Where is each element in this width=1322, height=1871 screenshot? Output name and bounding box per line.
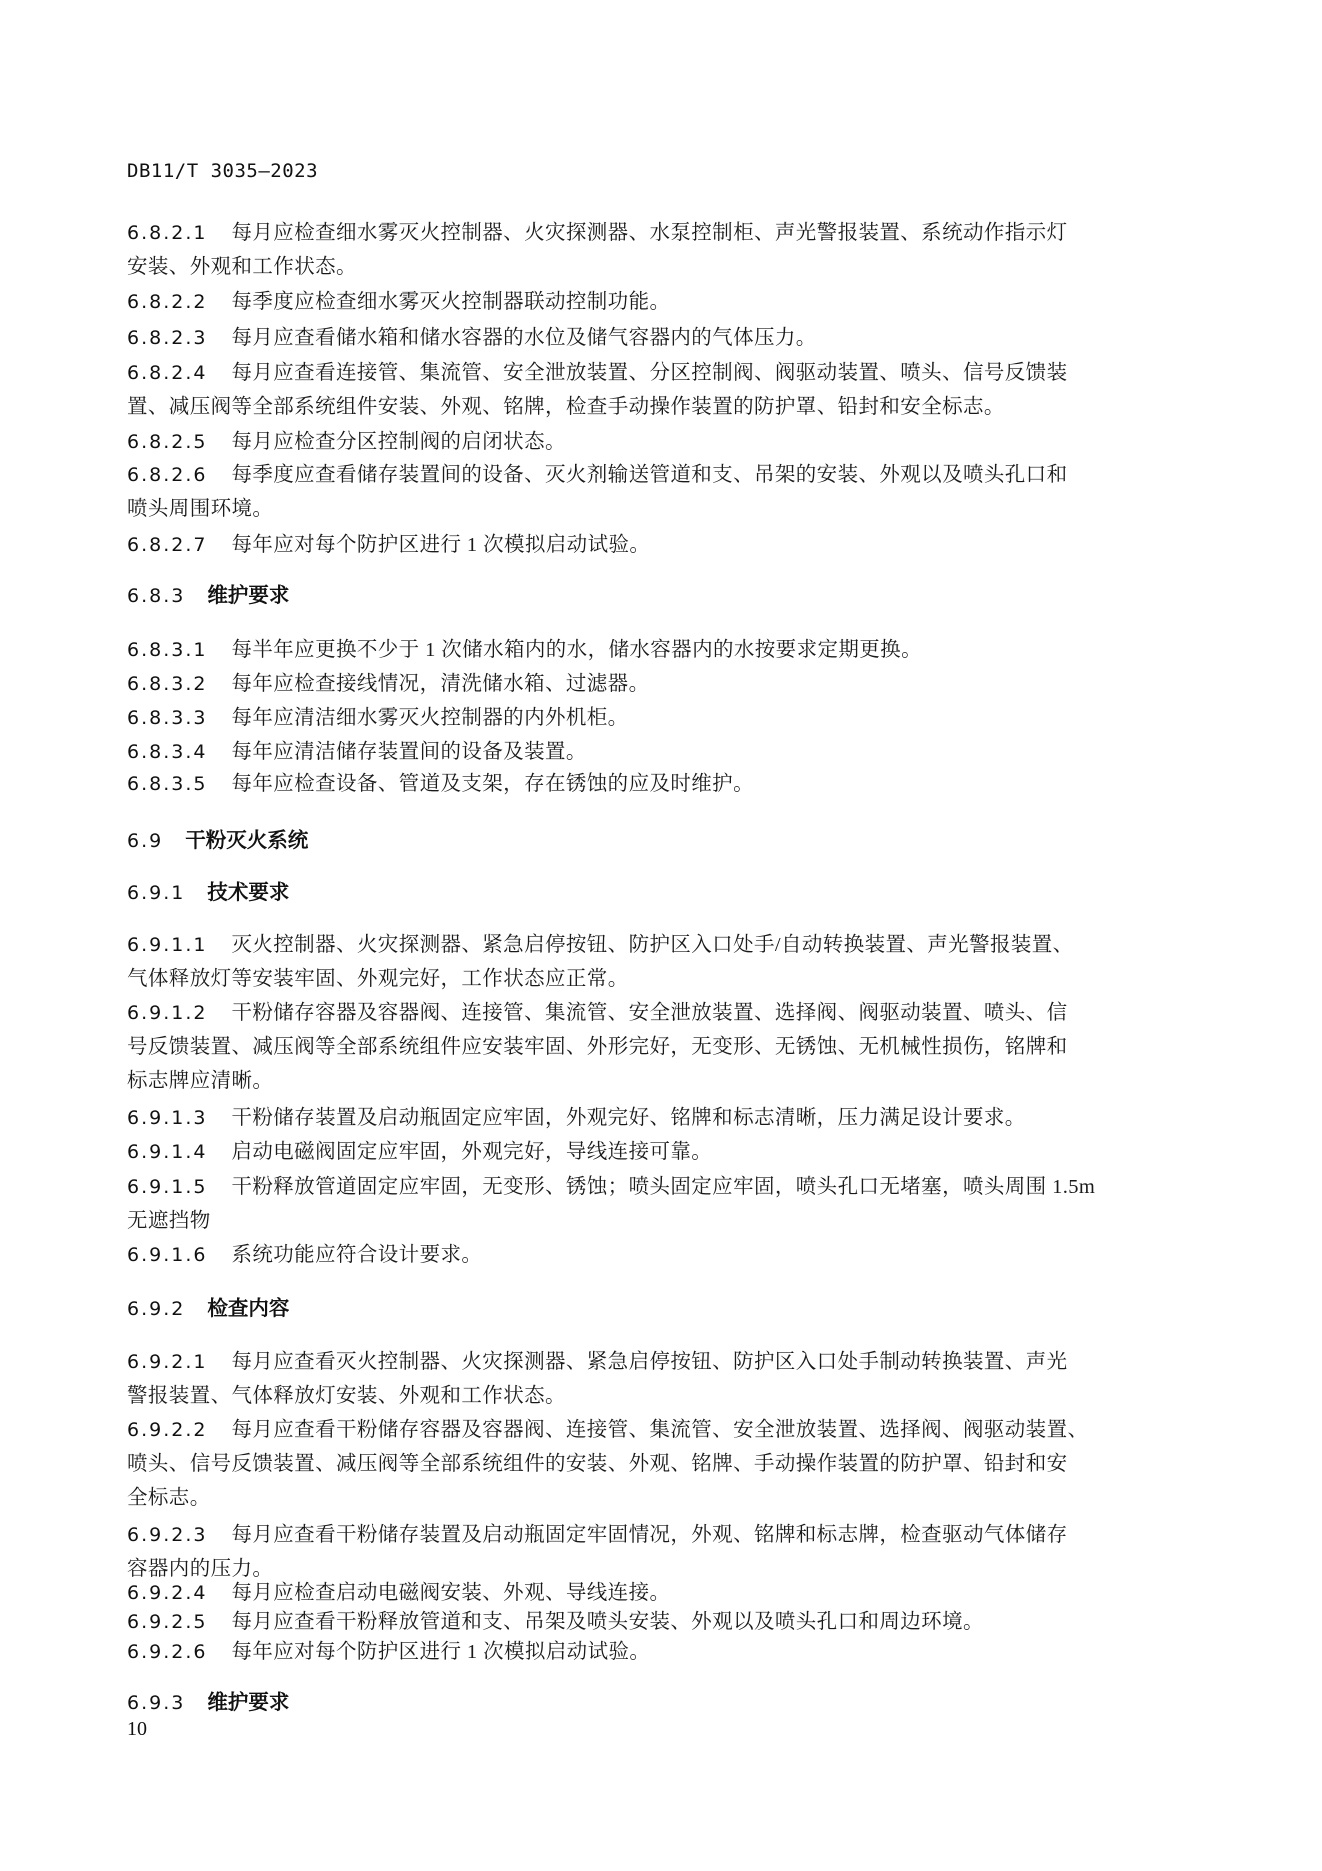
clause-text: 气体释放灯等安装牢固、外观完好，工作状态应正常。 [127, 968, 629, 990]
clause: 6.8.2.5每月应检查分区控制阀的启闭状态。 [127, 425, 1167, 459]
heading-line: 6.9.3维护要求 [127, 1685, 1167, 1719]
clause-line: 6.8.3.3每年应清洁细水雾灭火控制器的内外机柜。 [127, 701, 1167, 735]
clause-number: 6.9.2.3 [127, 1518, 207, 1552]
clause-line: 置、减压阀等全部系统组件安装、外观、铭牌，检查手动操作装置的防护罩、铅封和安全标… [127, 390, 1167, 424]
document-page: DB11/T 3035—2023 6.8.2.1每月应检查细水雾灭火控制器、火灾… [0, 0, 1322, 1871]
clause-line: 6.8.2.2每季度应检查细水雾灭火控制器联动控制功能。 [127, 285, 1167, 319]
section-heading: 6.9.2检查内容 [127, 1291, 1167, 1325]
clause-number: 6.9.1.6 [127, 1238, 207, 1272]
clause-number: 6.8.2.7 [127, 528, 207, 562]
clause-text: 干粉储存容器及容器阀、连接管、集流管、安全泄放装置、选择阀、阀驱动装置、喷头、信 [231, 1002, 1067, 1024]
clause-text: 每半年应更换不少于 1 次储水箱内的水，储水容器内的水按要求定期更换。 [231, 639, 922, 661]
heading-line: 6.9干粉灭火系统 [127, 823, 1167, 857]
clause-line: 6.8.2.5每月应检查分区控制阀的启闭状态。 [127, 425, 1167, 459]
clause: 6.8.3.5每年应检查设备、管道及支架，存在锈蚀的应及时维护。 [127, 767, 1167, 801]
clause: 6.8.2.3每月应查看储水箱和储水容器的水位及储气容器内的气体压力。 [127, 321, 1167, 355]
clause: 6.9.1.1灭火控制器、火灾探测器、紧急启停按钮、防护区入口处手/自动转换装置… [127, 928, 1167, 996]
document-code-header: DB11/T 3035—2023 [127, 160, 318, 182]
clause-line: 无遮挡物 [127, 1204, 1167, 1238]
clause-line: 6.8.2.7每年应对每个防护区进行 1 次模拟启动试验。 [127, 528, 1167, 562]
clause-line: 6.9.1.1灭火控制器、火灾探测器、紧急启停按钮、防护区入口处手/自动转换装置… [127, 928, 1167, 962]
clause-number: 6.9.1.5 [127, 1170, 207, 1204]
clause: 6.9.2.6每年应对每个防护区进行 1 次模拟启动试验。 [127, 1635, 1167, 1669]
clause: 6.9.1.2干粉储存容器及容器阀、连接管、集流管、安全泄放装置、选择阀、阀驱动… [127, 996, 1167, 1098]
clause-line: 6.8.3.2每年应检查接线情况，清洗储水箱、过滤器。 [127, 667, 1167, 701]
clause: 6.8.3.2每年应检查接线情况，清洗储水箱、过滤器。 [127, 667, 1167, 701]
clause-number: 6.8.2.4 [127, 356, 207, 390]
clause-number: 6.8.3.3 [127, 701, 207, 735]
clause: 6.8.2.2每季度应检查细水雾灭火控制器联动控制功能。 [127, 285, 1167, 319]
heading-line: 6.9.1技术要求 [127, 875, 1167, 909]
clause-number: 6.9.2.1 [127, 1345, 207, 1379]
clause: 6.9.2.5每月应查看干粉释放管道和支、吊架及喷头安装、外观以及喷头孔口和周边… [127, 1605, 1167, 1639]
clause-line: 6.9.2.5每月应查看干粉释放管道和支、吊架及喷头安装、外观以及喷头孔口和周边… [127, 1605, 1167, 1639]
heading-number: 6.9.1 [127, 876, 185, 910]
clause-text: 每月应检查分区控制阀的启闭状态。 [231, 431, 565, 453]
page-number: 10 [127, 1718, 147, 1741]
clause-text: 启动电磁阀固定应牢固，外观完好，导线连接可靠。 [231, 1141, 712, 1163]
clause-text: 标志牌应清晰。 [127, 1070, 273, 1092]
clause-line: 6.8.2.6每季度应查看储存装置间的设备、灭火剂输送管道和支、吊架的安装、外观… [127, 458, 1167, 492]
clause-number: 6.9.1.1 [127, 928, 207, 962]
clause-number: 6.8.3.4 [127, 735, 207, 769]
clause-text: 安装、外观和工作状态。 [127, 256, 357, 278]
clause-number: 6.8.3.5 [127, 767, 207, 801]
clause-text: 全标志。 [127, 1487, 211, 1509]
heading-number: 6.9 [127, 824, 163, 858]
heading-title: 干粉灭火系统 [185, 828, 308, 852]
clause-text: 每月应查看干粉储存容器及容器阀、连接管、集流管、安全泄放装置、选择阀、阀驱动装置… [231, 1419, 1088, 1441]
section-heading: 6.8.3维护要求 [127, 578, 1167, 612]
clause-number: 6.8.2.5 [127, 425, 207, 459]
clause-line: 6.9.1.3干粉储存装置及启动瓶固定应牢固，外观完好、铭牌和标志清晰，压力满足… [127, 1101, 1167, 1135]
heading-number: 6.9.2 [127, 1292, 185, 1326]
section-heading: 6.9干粉灭火系统 [127, 823, 1167, 857]
clause-line: 6.9.2.6每年应对每个防护区进行 1 次模拟启动试验。 [127, 1635, 1167, 1669]
clause-line: 安装、外观和工作状态。 [127, 250, 1167, 284]
clause-line: 6.8.3.4每年应清洁储存装置间的设备及装置。 [127, 735, 1167, 769]
clause-text: 干粉储存装置及启动瓶固定应牢固，外观完好、铭牌和标志清晰，压力满足设计要求。 [231, 1107, 1025, 1129]
clause-number: 6.9.1.2 [127, 996, 207, 1030]
clause: 6.8.3.3每年应清洁细水雾灭火控制器的内外机柜。 [127, 701, 1167, 735]
clause-text: 每年应对每个防护区进行 1 次模拟启动试验。 [231, 534, 650, 556]
clause-text: 每月应检查细水雾灭火控制器、火灾探测器、水泵控制柜、声光警报装置、系统动作指示灯 [231, 222, 1067, 244]
clause-number: 6.8.2.1 [127, 216, 207, 250]
clause-line: 6.8.2.1每月应检查细水雾灭火控制器、火灾探测器、水泵控制柜、声光警报装置、… [127, 216, 1167, 250]
clause: 6.8.2.4每月应查看连接管、集流管、安全泄放装置、分区控制阀、阀驱动装置、喷… [127, 356, 1167, 424]
clause-line: 气体释放灯等安装牢固、外观完好，工作状态应正常。 [127, 962, 1167, 996]
clause-line: 6.8.2.4每月应查看连接管、集流管、安全泄放装置、分区控制阀、阀驱动装置、喷… [127, 356, 1167, 390]
clause: 6.8.3.4每年应清洁储存装置间的设备及装置。 [127, 735, 1167, 769]
clause-text: 每月应查看干粉释放管道和支、吊架及喷头安装、外观以及喷头孔口和周边环境。 [231, 1611, 983, 1633]
clause: 6.8.2.1每月应检查细水雾灭火控制器、火灾探测器、水泵控制柜、声光警报装置、… [127, 216, 1167, 284]
clause-number: 6.8.2.2 [127, 285, 207, 319]
clause-text: 置、减压阀等全部系统组件安装、外观、铭牌，检查手动操作装置的防护罩、铅封和安全标… [127, 396, 1005, 418]
clause-text: 每月应查看灭火控制器、火灾探测器、紧急启停按钮、防护区入口处手制动转换装置、声光 [231, 1351, 1067, 1373]
clause-text: 每年应对每个防护区进行 1 次模拟启动试验。 [231, 1641, 650, 1663]
clause-line: 6.9.1.6系统功能应符合设计要求。 [127, 1238, 1167, 1272]
clause-text: 每月应查看储水箱和储水容器的水位及储气容器内的气体压力。 [231, 327, 816, 349]
heading-line: 6.8.3维护要求 [127, 578, 1167, 612]
clause-line: 6.9.2.3每月应查看干粉储存装置及启动瓶固定牢固情况，外观、铭牌和标志牌，检… [127, 1518, 1167, 1552]
clause: 6.9.2.1每月应查看灭火控制器、火灾探测器、紧急启停按钮、防护区入口处手制动… [127, 1345, 1167, 1413]
section-heading: 6.9.1技术要求 [127, 875, 1167, 909]
clause-text: 每年应检查设备、管道及支架，存在锈蚀的应及时维护。 [231, 773, 754, 795]
clause-number: 6.8.3.2 [127, 667, 207, 701]
heading-number: 6.8.3 [127, 579, 185, 613]
clause-text: 系统功能应符合设计要求。 [231, 1244, 482, 1266]
clause-number: 6.9.2.5 [127, 1605, 207, 1639]
clause-line: 6.9.1.2干粉储存容器及容器阀、连接管、集流管、安全泄放装置、选择阀、阀驱动… [127, 996, 1167, 1030]
clause-text: 每年应清洁细水雾灭火控制器的内外机柜。 [231, 707, 628, 729]
clause-line: 标志牌应清晰。 [127, 1064, 1167, 1098]
clause-text: 灭火控制器、火灾探测器、紧急启停按钮、防护区入口处手/自动转换装置、声光警报装置… [231, 934, 1073, 956]
clause-line: 6.8.3.1每半年应更换不少于 1 次储水箱内的水，储水容器内的水按要求定期更… [127, 633, 1167, 667]
clause-line: 喷头、信号反馈装置、减压阀等全部系统组件的安装、外观、铭牌、手动操作装置的防护罩… [127, 1447, 1167, 1481]
clause-number: 6.9.1.3 [127, 1101, 207, 1135]
clause-number: 6.9.2.2 [127, 1413, 207, 1447]
clause-text: 每月应查看干粉储存装置及启动瓶固定牢固情况，外观、铭牌和标志牌，检查驱动气体储存 [231, 1524, 1067, 1546]
section-heading: 6.9.3维护要求 [127, 1685, 1167, 1719]
clause: 6.9.2.2每月应查看干粉储存容器及容器阀、连接管、集流管、安全泄放装置、选择… [127, 1413, 1167, 1515]
clause: 6.8.3.1每半年应更换不少于 1 次储水箱内的水，储水容器内的水按要求定期更… [127, 633, 1167, 667]
clause: 6.9.1.3干粉储存装置及启动瓶固定应牢固，外观完好、铭牌和标志清晰，压力满足… [127, 1101, 1167, 1135]
clause-number: 6.9.2.6 [127, 1635, 207, 1669]
clause-number: 6.8.2.3 [127, 321, 207, 355]
heading-title: 检查内容 [207, 1296, 289, 1320]
clause-text: 每年应清洁储存装置间的设备及装置。 [231, 741, 586, 763]
clause-line: 6.8.3.5每年应检查设备、管道及支架，存在锈蚀的应及时维护。 [127, 767, 1167, 801]
clause: 6.9.1.5干粉释放管道固定应牢固，无变形、锈蚀；喷头固定应牢固，喷头孔口无堵… [127, 1170, 1167, 1238]
clause-text: 每季度应查看储存装置间的设备、灭火剂输送管道和支、吊架的安装、外观以及喷头孔口和 [231, 464, 1067, 486]
clause-line: 喷头周围环境。 [127, 492, 1167, 526]
clause: 6.9.1.4启动电磁阀固定应牢固，外观完好，导线连接可靠。 [127, 1135, 1167, 1169]
heading-title: 维护要求 [207, 583, 289, 607]
clause-text: 号反馈装置、减压阀等全部系统组件应安装牢固、外形完好，无变形、无锈蚀、无机械性损… [127, 1036, 1068, 1058]
clause-line: 6.9.2.2每月应查看干粉储存容器及容器阀、连接管、集流管、安全泄放装置、选择… [127, 1413, 1167, 1447]
clause-text: 每季度应检查细水雾灭火控制器联动控制功能。 [231, 291, 670, 313]
clause-text: 无遮挡物 [127, 1210, 211, 1232]
heading-line: 6.9.2检查内容 [127, 1291, 1167, 1325]
clause-text: 每月应查看连接管、集流管、安全泄放装置、分区控制阀、阀驱动装置、喷头、信号反馈装 [231, 362, 1067, 384]
clause: 6.9.1.6系统功能应符合设计要求。 [127, 1238, 1167, 1272]
clause-text: 干粉释放管道固定应牢固，无变形、锈蚀；喷头固定应牢固，喷头孔口无堵塞，喷头周围 … [231, 1176, 1095, 1198]
clause-number: 6.8.2.6 [127, 458, 207, 492]
clause-line: 6.9.2.1每月应查看灭火控制器、火灾探测器、紧急启停按钮、防护区入口处手制动… [127, 1345, 1167, 1379]
clause: 6.8.2.7每年应对每个防护区进行 1 次模拟启动试验。 [127, 528, 1167, 562]
clause-text: 喷头周围环境。 [127, 498, 273, 520]
clause-line: 警报装置、气体释放灯安装、外观和工作状态。 [127, 1379, 1167, 1413]
clause-line: 全标志。 [127, 1481, 1167, 1515]
clause-number: 6.8.3.1 [127, 633, 207, 667]
heading-title: 维护要求 [207, 1690, 289, 1714]
heading-number: 6.9.3 [127, 1686, 185, 1720]
clause-line: 6.8.2.3每月应查看储水箱和储水容器的水位及储气容器内的气体压力。 [127, 321, 1167, 355]
clause-line: 6.9.1.5干粉释放管道固定应牢固，无变形、锈蚀；喷头固定应牢固，喷头孔口无堵… [127, 1170, 1167, 1204]
clause-text: 每年应检查接线情况，清洗储水箱、过滤器。 [231, 673, 649, 695]
clause-line: 号反馈装置、减压阀等全部系统组件应安装牢固、外形完好，无变形、无锈蚀、无机械性损… [127, 1030, 1167, 1064]
heading-title: 技术要求 [207, 880, 289, 904]
clause-line: 6.9.1.4启动电磁阀固定应牢固，外观完好，导线连接可靠。 [127, 1135, 1167, 1169]
clause-number: 6.9.1.4 [127, 1135, 207, 1169]
clause: 6.8.2.6每季度应查看储存装置间的设备、灭火剂输送管道和支、吊架的安装、外观… [127, 458, 1167, 526]
clause-text: 喷头、信号反馈装置、减压阀等全部系统组件的安装、外观、铭牌、手动操作装置的防护罩… [127, 1453, 1068, 1475]
clause-text: 每月应检查启动电磁阀安装、外观、导线连接。 [231, 1582, 670, 1604]
clause-text: 警报装置、气体释放灯安装、外观和工作状态。 [127, 1385, 566, 1407]
